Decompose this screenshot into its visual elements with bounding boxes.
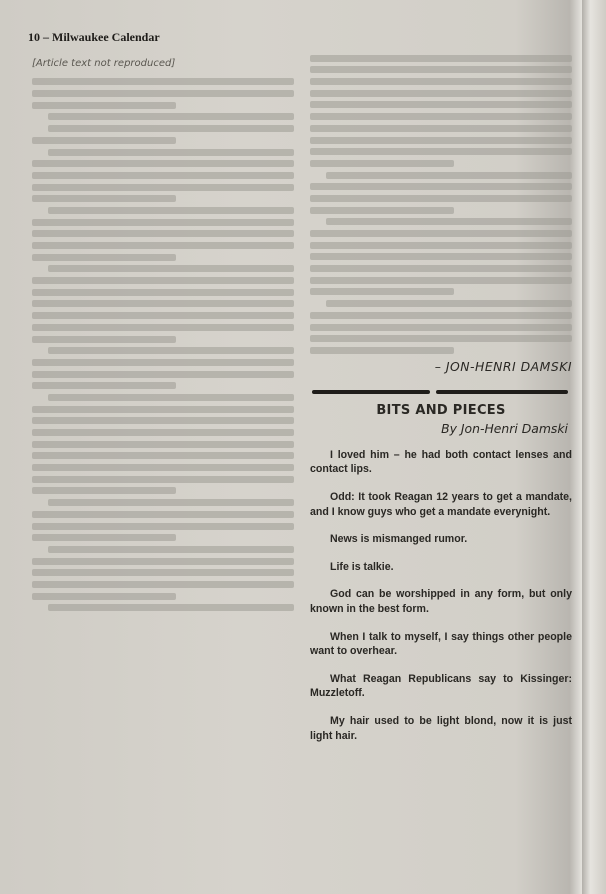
text-placeholder: [32, 254, 176, 261]
text-placeholder: [32, 230, 294, 237]
text-placeholder: [48, 265, 294, 272]
text-placeholder: [32, 429, 294, 436]
bit-item: God can be worshipped in any form, but o…: [310, 587, 572, 616]
text-placeholder: [310, 207, 454, 214]
text-placeholder: [32, 336, 176, 343]
text-placeholder: [310, 253, 572, 260]
text-placeholder: [32, 417, 294, 424]
text-placeholder: [326, 218, 572, 225]
bit-item: My hair used to be light blond, now it i…: [310, 714, 572, 743]
text-placeholder: [32, 523, 294, 530]
text-placeholder: [310, 265, 572, 272]
text-placeholder: [310, 137, 572, 144]
text-placeholder: [310, 277, 572, 284]
text-placeholder: [32, 487, 176, 494]
bit-item: Life is talkie.: [310, 560, 572, 575]
text-placeholder: [32, 569, 294, 576]
text-placeholder: [310, 148, 572, 155]
bit-item: Odd: It took Reagan 12 years to get a ma…: [310, 490, 572, 519]
newspaper-page: 10 – Milwaukee Calendar [Article text no…: [0, 0, 606, 894]
bit-item: When I talk to myself, I say things othe…: [310, 630, 572, 659]
text-placeholder: [310, 324, 572, 331]
text-placeholder: [32, 289, 294, 296]
article-column-right: – JON-HENRI DAMSKI BITS AND PIECES By Jo…: [310, 50, 572, 756]
text-placeholder: [310, 66, 572, 73]
text-placeholder: [48, 604, 294, 611]
text-placeholder: [32, 219, 294, 226]
text-placeholder: [32, 277, 294, 284]
section-byline: By Jon-Henri Damski: [310, 421, 568, 437]
article-column-left: [Article text not reproduced]: [32, 50, 294, 616]
text-placeholder: [32, 324, 294, 331]
text-placeholder: [310, 242, 572, 249]
text-placeholder: [48, 113, 294, 120]
redaction-note: [Article text not reproduced]: [32, 56, 294, 72]
text-placeholder: [310, 183, 572, 190]
text-placeholder: [310, 90, 572, 97]
text-placeholder: [310, 55, 572, 62]
text-placeholder: [32, 102, 176, 109]
text-placeholder: [32, 137, 176, 144]
text-placeholder: [310, 195, 572, 202]
text-placeholder: [32, 195, 176, 202]
text-placeholder: [32, 359, 294, 366]
text-placeholder: [48, 499, 294, 506]
text-placeholder: [310, 78, 572, 85]
text-placeholder: [32, 312, 294, 319]
bit-item: I loved him – he had both contact lenses…: [310, 448, 572, 477]
text-placeholder: [310, 101, 572, 108]
bit-item: What Reagan Republicans say to Kissinger…: [310, 672, 572, 701]
page-spine-shadow: [582, 0, 606, 894]
text-placeholder: [32, 441, 294, 448]
text-placeholder: [32, 476, 294, 483]
text-placeholder: [48, 125, 294, 132]
text-placeholder: [32, 371, 294, 378]
text-placeholder: [310, 312, 572, 319]
text-placeholder: [48, 207, 294, 214]
text-placeholder: [32, 184, 294, 191]
text-placeholder: [48, 394, 294, 401]
text-placeholder: [48, 347, 294, 354]
bit-item: News is mismanged rumor.: [310, 532, 572, 547]
text-placeholder: [310, 160, 454, 167]
text-placeholder: [48, 149, 294, 156]
section-title: BITS AND PIECES: [310, 403, 572, 419]
text-placeholder: [310, 347, 454, 354]
text-placeholder: [32, 242, 294, 249]
section-divider: [310, 389, 572, 395]
page-masthead: 10 – Milwaukee Calendar: [28, 30, 160, 45]
text-placeholder: [32, 382, 176, 389]
text-placeholder: [32, 511, 294, 518]
text-placeholder: [32, 534, 176, 541]
article-signature: – JON-HENRI DAMSKI: [310, 359, 572, 375]
text-placeholder: [310, 335, 572, 342]
text-placeholder: [310, 113, 572, 120]
text-placeholder: [32, 78, 294, 85]
text-placeholder: [326, 300, 572, 307]
text-placeholder: [32, 464, 294, 471]
text-placeholder: [48, 546, 294, 553]
text-placeholder: [32, 160, 294, 167]
text-placeholder: [32, 581, 294, 588]
text-placeholder: [32, 558, 294, 565]
text-placeholder: [310, 125, 572, 132]
text-placeholder: [326, 172, 572, 179]
text-placeholder: [32, 172, 294, 179]
text-placeholder: [32, 300, 294, 307]
text-placeholder: [32, 90, 294, 97]
text-placeholder: [32, 452, 294, 459]
text-placeholder: [310, 288, 454, 295]
text-placeholder: [310, 230, 572, 237]
text-placeholder: [32, 406, 294, 413]
text-placeholder: [32, 593, 176, 600]
